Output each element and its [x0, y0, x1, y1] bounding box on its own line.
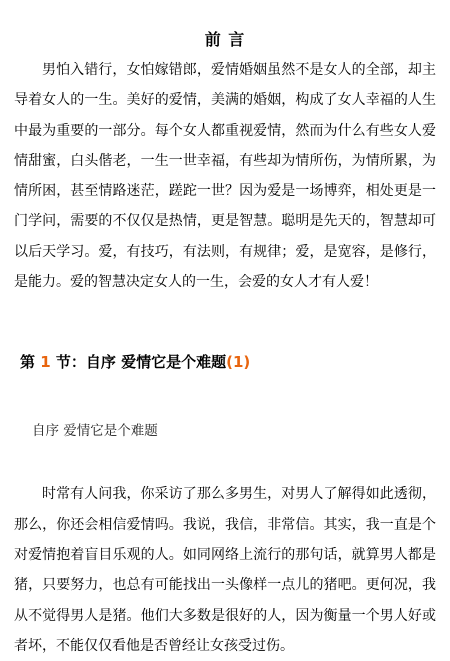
section-body-paragraph: 时常有人问我，你采访了那么多男生，对男人了解得如此透彻，那么，你还会相信爱情吗。…	[14, 479, 436, 661]
section-part-number: (1)	[226, 353, 250, 371]
preface-title: 前 言	[0, 30, 450, 50]
section-heading-title: 节：自序 爱情它是个难题	[51, 353, 226, 371]
section-subtitle: 自序 爱情它是个难题	[32, 422, 436, 441]
section-heading-prefix: 第	[20, 353, 40, 371]
section-heading: 第 1 节：自序 爱情它是个难题(1)	[20, 352, 436, 372]
preface-body-paragraph: 男怕入错行，女怕嫁错郎，爱情婚姻虽然不是女人的全部，却主导着女人的一生。美好的爱…	[14, 55, 436, 297]
book-page: 前 言 男怕入错行，女怕嫁错郎，爱情婚姻虽然不是女人的全部，却主导着女人的一生。…	[0, 0, 450, 661]
section-number: 1	[40, 353, 50, 371]
